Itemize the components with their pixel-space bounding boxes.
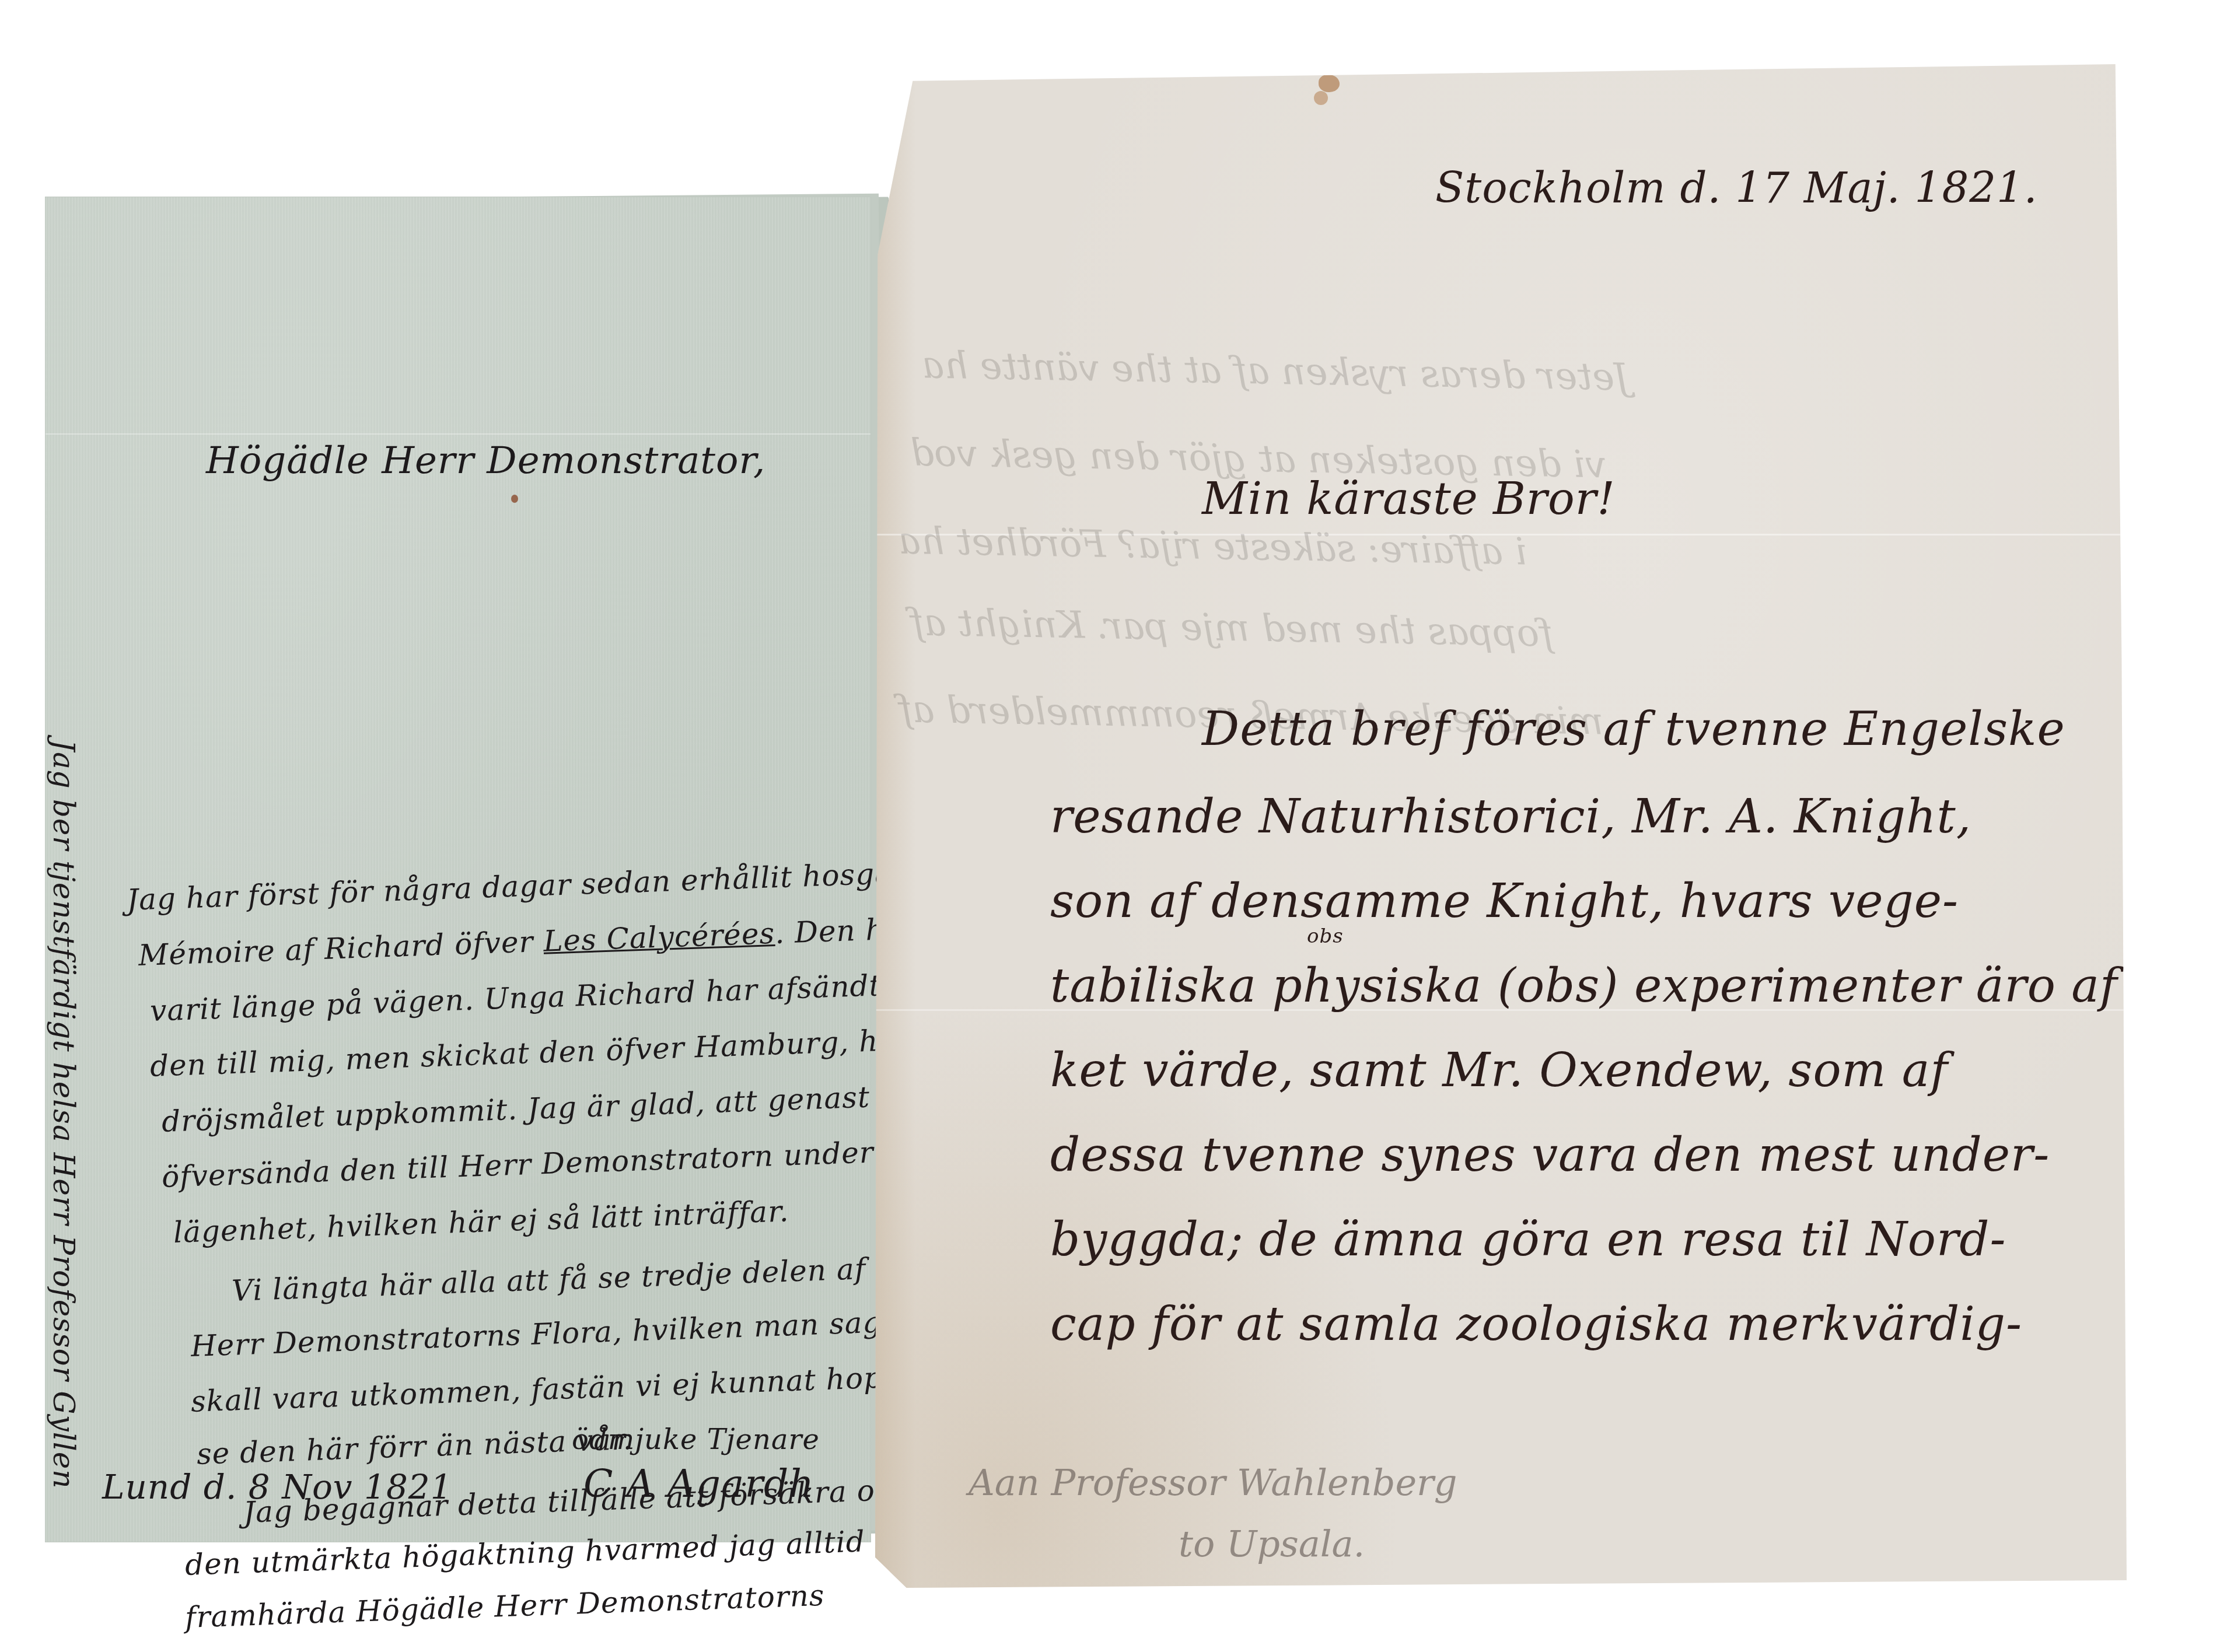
body-line: lägenhet, hvilken här ej så lätt inträff…	[173, 1196, 789, 1247]
margin-note: Jag ber tjenstfärdigt helsa Herr Profess…	[47, 740, 81, 1370]
bleed-through-text: foppas the med mje par. Knight af	[910, 601, 1553, 655]
letter-greeting: Högädle Herr Demonstrator,	[206, 439, 765, 482]
cream-letter: Jeter deras rysken af at the väntte ha v…	[875, 64, 2127, 1588]
ink-blot	[511, 495, 518, 503]
body-line: Detta bref föres af tvenne Engelske	[1202, 706, 2065, 752]
body-line: Jag har först för några dagar sedan erhå…	[126, 856, 967, 915]
body-line-text: Mémoire af Richard öfver	[138, 925, 544, 972]
body-line: Herr Demonstratorns Flora, hvilken man s…	[190, 1305, 953, 1361]
stain	[1314, 91, 1328, 105]
address-line: to Upsala.	[1179, 1522, 1365, 1565]
body-line: ket värde, samt Mr. Oxendew, som af	[1050, 1047, 1948, 1094]
letter-dateline: Lund d. 8 Nov 1821	[102, 1467, 453, 1507]
body-line: dessa tvenne synes vara den mest under-	[1050, 1132, 2050, 1178]
body-line: Vi längta här alla att få se tredje dele…	[231, 1254, 866, 1305]
body-line: tabiliska physiska (obs) experimenter är…	[1050, 963, 2220, 1009]
body-line: son af densamme Knight, hvars vege-	[1050, 878, 1959, 925]
underlined-title: Les Calycérées	[543, 916, 775, 958]
letter-dateline: Stockholm d. 17 Maj. 1821.	[1435, 163, 2038, 212]
fold-line	[46, 433, 870, 435]
body-line: den utmärkta högaktning hvarmed jag allt…	[184, 1524, 947, 1580]
signature: C A Agardh	[583, 1461, 814, 1506]
body-line: skall vara utkommen, fastän vi ej kunnat…	[190, 1361, 936, 1416]
stain	[1319, 75, 1340, 92]
body-line: cap för at samla zoologiska merkvärdig-	[1050, 1301, 2022, 1347]
address-line: Aan Professor Wahlenberg	[969, 1461, 1457, 1504]
letter-closing: ödmjuke Tjenare	[572, 1423, 820, 1456]
interlinear-insertion: obs	[1307, 925, 1344, 948]
body-line: framhärda Högädle Herr Demonstratorns	[184, 1581, 825, 1632]
green-letter: Högädle Herr Demonstrator, Jag ber tjens…	[46, 197, 870, 1542]
letter-greeting: Min käraste Bror!	[1202, 473, 1616, 524]
bleed-through-text: i affaire: säkeste rija? Fördhet ha	[898, 520, 1527, 574]
body-line: dröjsmålet uppkommit. Jag är glad, att g…	[161, 1079, 974, 1136]
bleed-through-text: Jeter deras rysken af at the väntte ha	[921, 344, 1630, 399]
body-line: varit länge på vägen. Unga Richard har a…	[149, 971, 882, 1025]
body-line: resande Naturhistorici, Mr. A. Knight,	[1050, 793, 1971, 840]
body-line: byggda; de ämna göra en resa til Nord-	[1050, 1216, 2006, 1263]
body-line: se den här förr än nästa vår.	[196, 1424, 633, 1469]
